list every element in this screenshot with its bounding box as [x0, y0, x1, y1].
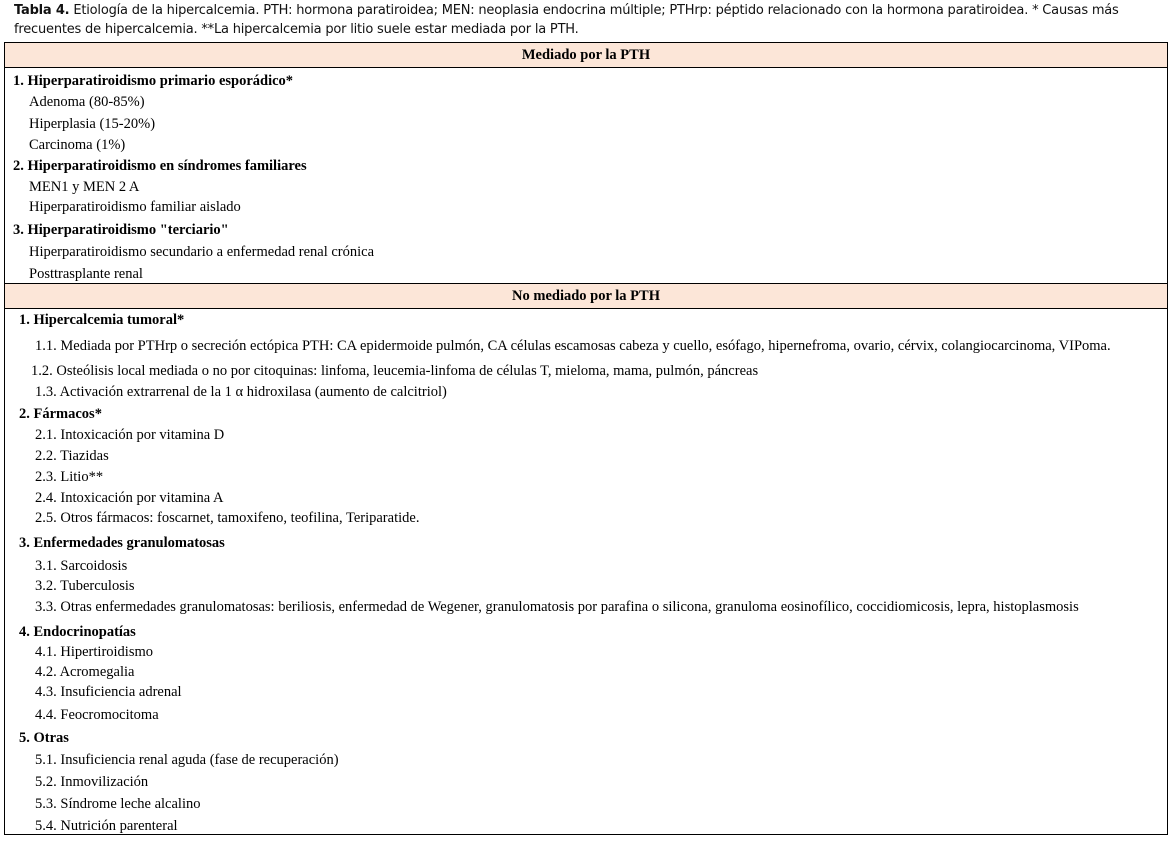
list-item: 5.1. Insuficiencia renal aguda (fase de …: [35, 751, 339, 769]
caption-text-1: Etiología de la hipercalcemia. PTH: horm…: [69, 3, 1118, 18]
list-item: 5.2. Inmovilización: [35, 773, 148, 791]
list-item: Carcinoma (1%): [29, 136, 125, 154]
list-item: Hiperparatiroidismo familiar aislado: [29, 198, 241, 216]
group-title: 4. Endocrinopatías: [19, 623, 136, 641]
group-title: 3. Enfermedades granulomatosas: [19, 534, 225, 552]
list-item: 1.3. Activación extrarrenal de la 1 α hi…: [35, 383, 447, 401]
section-header-non-pth-mediated: No mediado por la PTH: [5, 283, 1167, 309]
group-title: 2. Fármacos*: [19, 405, 102, 423]
list-item: 1.1. Mediada por PTHrp o secreción ectóp…: [35, 337, 1111, 355]
table-caption: Tabla 4. Etiología de la hipercalcemia. …: [14, 1, 1164, 39]
group-title: 2. Hiperparatiroidismo en síndromes fami…: [13, 157, 307, 175]
group-title: 1. Hipercalcemia tumoral*: [19, 311, 184, 329]
list-item: 1.2. Osteólisis local mediada o no por c…: [31, 362, 758, 380]
list-item: 3.1. Sarcoidosis: [35, 557, 127, 575]
etiology-table: Mediado por la PTH 1. Hiperparatiroidism…: [4, 42, 1168, 835]
list-item: 2.2. Tiazidas: [35, 447, 109, 465]
group-title: 5. Otras: [19, 729, 69, 747]
caption-text-2: frecuentes de hipercalcemia. **La hiperc…: [14, 20, 1164, 39]
list-item: 2.5. Otros fármacos: foscarnet, tamoxife…: [35, 509, 419, 527]
group-title: 3. Hiperparatiroidismo "terciario": [13, 221, 229, 239]
caption-label: Tabla 4.: [14, 3, 69, 18]
list-item: 2.4. Intoxicación por vitamina A: [35, 489, 223, 507]
list-item: Hiperplasia (15-20%): [29, 115, 155, 133]
list-item: Posttrasplante renal: [29, 265, 143, 283]
list-item: Adenoma (80-85%): [29, 93, 145, 111]
list-item: 3.2. Tuberculosis: [35, 577, 135, 595]
list-item: 4.3. Insuficiencia adrenal: [35, 683, 182, 701]
list-item: 3.3. Otras enfermedades granulomatosas: …: [35, 598, 1079, 616]
section-header-pth-mediated: Mediado por la PTH: [5, 43, 1167, 68]
list-item: 4.2. Acromegalia: [35, 663, 134, 681]
caption-line-1: Tabla 4. Etiología de la hipercalcemia. …: [14, 1, 1164, 20]
list-item: 5.3. Síndrome leche alcalino: [35, 795, 201, 813]
list-item: 4.4. Feocromocitoma: [35, 706, 159, 724]
list-item: 4.1. Hipertiroidismo: [35, 643, 153, 661]
list-item: 5.4. Nutrición parenteral: [35, 817, 178, 835]
list-item: Hiperparatiroidismo secundario a enferme…: [29, 243, 374, 261]
list-item: 2.1. Intoxicación por vitamina D: [35, 426, 224, 444]
list-item: MEN1 y MEN 2 A: [29, 178, 139, 196]
group-title: 1. Hiperparatiroidismo primario esporádi…: [13, 72, 293, 90]
list-item: 2.3. Litio**: [35, 468, 103, 486]
